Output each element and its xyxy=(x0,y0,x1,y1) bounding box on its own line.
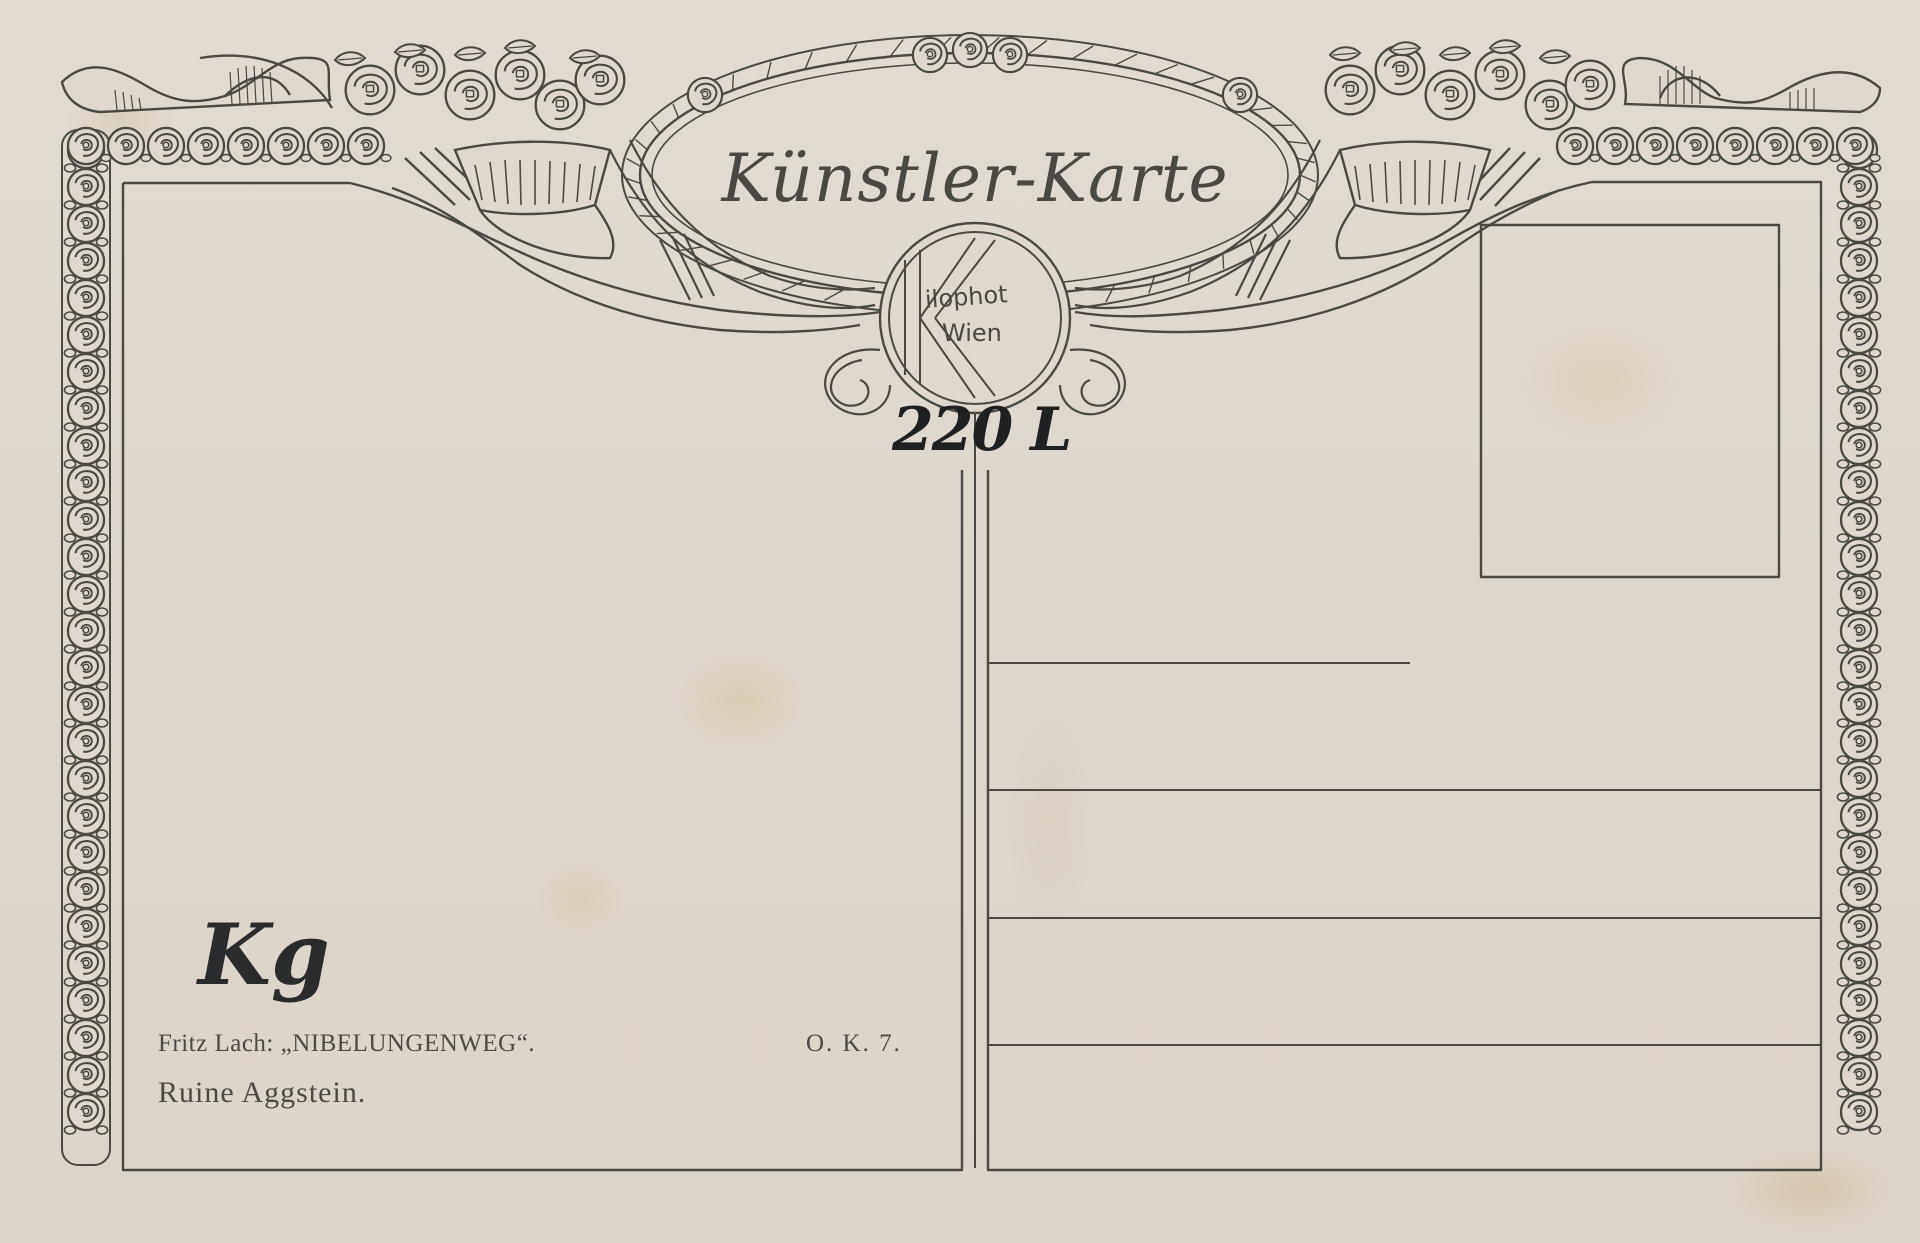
publisher-city: Wien xyxy=(942,319,1002,347)
publisher-name: ilophot xyxy=(924,280,1008,314)
address-area xyxy=(990,600,1820,1160)
caption-location: Ruine Aggstein. xyxy=(158,1076,366,1110)
card-title: Künstler-Karte xyxy=(675,140,1275,217)
series-code: O. K. 7. xyxy=(806,1030,902,1058)
postcard-back: Künstler-Karte ilophot Wien 220 L Kg Fri… xyxy=(0,0,1920,1243)
message-area xyxy=(124,420,960,1020)
stamp-box xyxy=(1481,225,1779,577)
caption-artist-series: Fritz Lach: „NIBELUNGENWEG“. xyxy=(158,1030,535,1058)
